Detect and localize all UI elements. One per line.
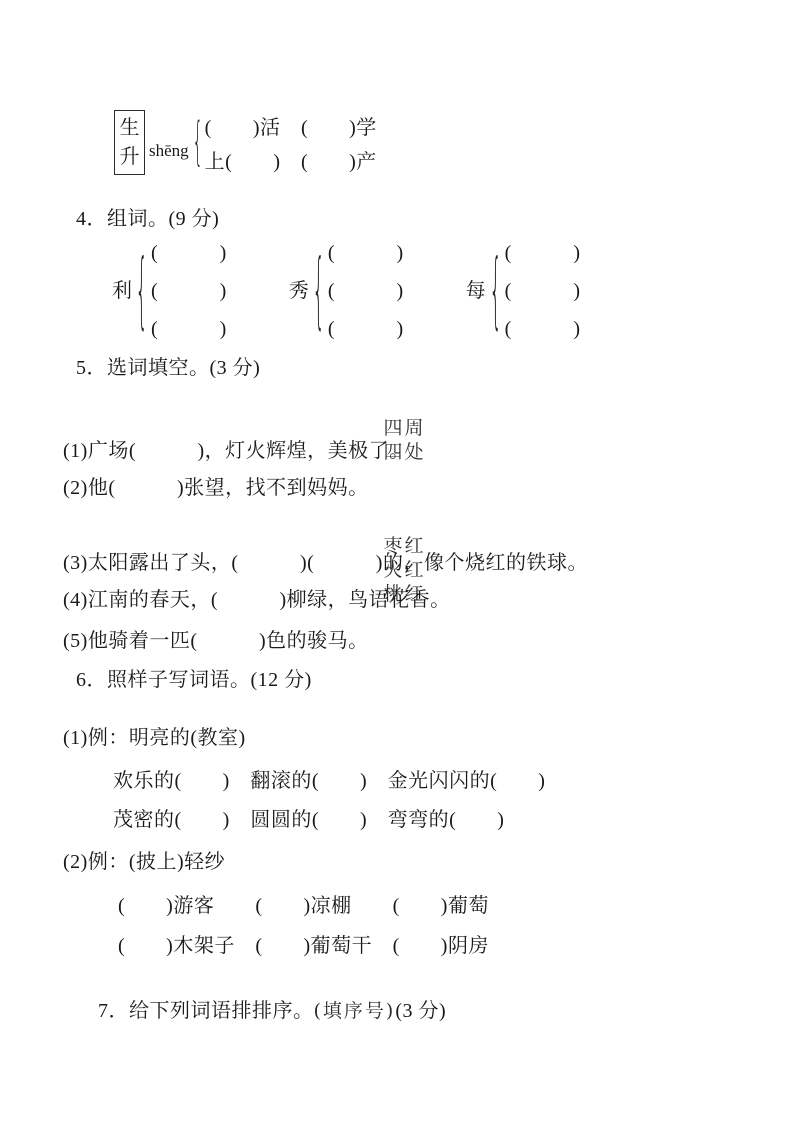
q4-group-char: 秀 [289, 281, 309, 301]
brace-icon: { [312, 249, 321, 332]
q5-item-3: (3)太阳露出了头，( )( )的，像个烧红的铁球。 [63, 552, 588, 575]
q4-groups: 利 { ( ) ( ) ( ) 秀 { ( ) ( ) ( ) 每 { ( ) [112, 242, 580, 340]
q4-group-blanks: ( ) ( ) ( ) [151, 242, 227, 340]
q5-item-4: (4)江南的春天，( )柳绿，鸟语花香。 [63, 589, 451, 612]
blank-line: ( ) [328, 280, 404, 302]
q3-fill-line-2: 上( ) ( )产 [205, 151, 377, 173]
q6-part2-row-2: ( )木架子 ( )葡萄干 ( )阴房 [118, 935, 489, 958]
q7-heading-score: (3 分) [395, 1000, 446, 1022]
boxed-char-top: 生 [120, 118, 140, 138]
q4-group-xiu: 秀 { ( ) ( ) ( ) [289, 242, 404, 340]
q4-group-char: 利 [112, 281, 132, 301]
q4-group-li: 利 { ( ) ( ) ( ) [112, 242, 227, 340]
blank-line: ( ) [505, 280, 581, 302]
blank-line: ( ) [151, 318, 227, 340]
q6-part1-row-1: 欢乐的( ) 翻滚的( ) 金光闪闪的( ) [113, 770, 545, 793]
q4-group-char: 每 [466, 281, 486, 301]
q6-example-1: (1)例：明亮的(教室) [63, 727, 246, 750]
boxed-char-bottom: 升 [120, 147, 140, 167]
blank-line: ( ) [151, 242, 227, 264]
q6-part2-row-1: ( )游客 ( )凉棚 ( )葡萄 [118, 895, 489, 918]
blank-line: ( ) [505, 242, 581, 264]
q4-group-blanks: ( ) ( ) ( ) [328, 242, 404, 340]
q4-heading: 4．组词。(9 分) [76, 208, 219, 231]
q5-item-1: (1)广场( )，灯火辉煌，美极了。 [63, 440, 410, 463]
q5-heading: 5．选词填空。(3 分) [76, 357, 260, 380]
q4-group-blanks: ( ) ( ) ( ) [505, 242, 581, 340]
brace-icon: { [192, 117, 200, 169]
q7-heading-text: 7．给下列词语排排序。 [98, 1000, 314, 1022]
q3-fill-line-1: ( )活 ( )学 [205, 117, 377, 139]
blank-line: ( ) [151, 280, 227, 302]
q3-pinyin-group: 生 升 shēng { ( )活 ( )学 上( ) ( )产 [114, 110, 377, 175]
blank-line: ( ) [328, 318, 404, 340]
brace-icon: { [136, 249, 145, 332]
word-bank-word: 四周 [383, 417, 425, 439]
q4-group-mei: 每 { ( ) ( ) ( ) [466, 242, 581, 340]
q5-item-5: (5)他骑着一匹( )色的骏马。 [63, 630, 369, 653]
boxed-characters: 生 升 [114, 110, 145, 175]
q5-item-2: (2)他( )张望，找不到妈妈。 [63, 477, 369, 500]
blank-line: ( ) [505, 318, 581, 340]
brace-icon: { [489, 249, 498, 332]
q3-fill-lines: ( )活 ( )学 上( ) ( )产 [205, 117, 377, 173]
pinyin-label: shēng [149, 141, 189, 161]
blank-line: ( ) [328, 242, 404, 264]
q6-example-2: (2)例：(披上)轻纱 [63, 851, 225, 874]
q7-heading-hint: (填序号) [314, 1000, 396, 1022]
worksheet-page: 生 升 shēng { ( )活 ( )学 上( ) ( )产 4．组词。(9 … [0, 0, 793, 1122]
q7-heading: 7．给下列词语排排序。(填序号)(3 分) [76, 977, 446, 1046]
q6-heading: 6．照样子写词语。(12 分) [76, 669, 312, 692]
q6-part1-row-2: 茂密的( ) 圆圆的( ) 弯弯的( ) [113, 809, 504, 832]
